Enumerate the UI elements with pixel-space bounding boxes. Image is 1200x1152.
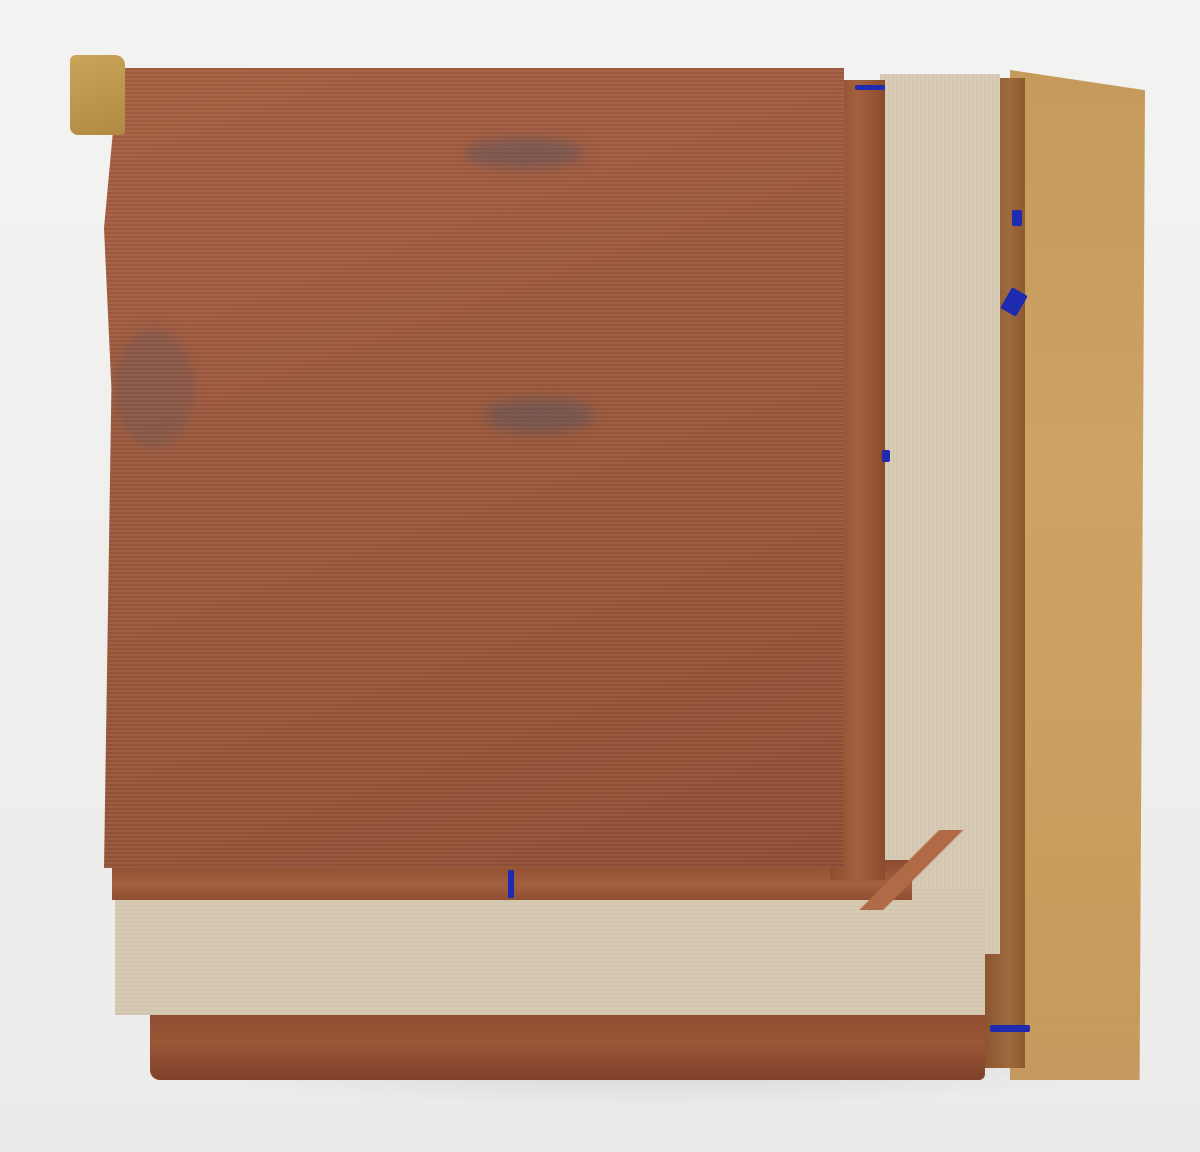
terracotta-painted-panel bbox=[104, 68, 844, 868]
diagonal-fold bbox=[830, 830, 990, 910]
blue-smudge bbox=[114, 328, 194, 448]
blue-paint-mark bbox=[990, 1025, 1030, 1032]
blue-smudge bbox=[484, 398, 594, 433]
blue-paint-mark bbox=[855, 85, 885, 90]
ochre-fabric-strip bbox=[1010, 70, 1145, 1080]
ochre-fabric-tab bbox=[70, 55, 125, 135]
bottom-brown-edge bbox=[150, 1005, 985, 1080]
blue-smudge bbox=[464, 138, 584, 168]
blue-paint-mark bbox=[1012, 210, 1022, 226]
blue-paint-mark bbox=[508, 870, 514, 898]
blue-paint-mark bbox=[882, 450, 890, 462]
cream-fabric-vertical bbox=[880, 74, 1000, 954]
